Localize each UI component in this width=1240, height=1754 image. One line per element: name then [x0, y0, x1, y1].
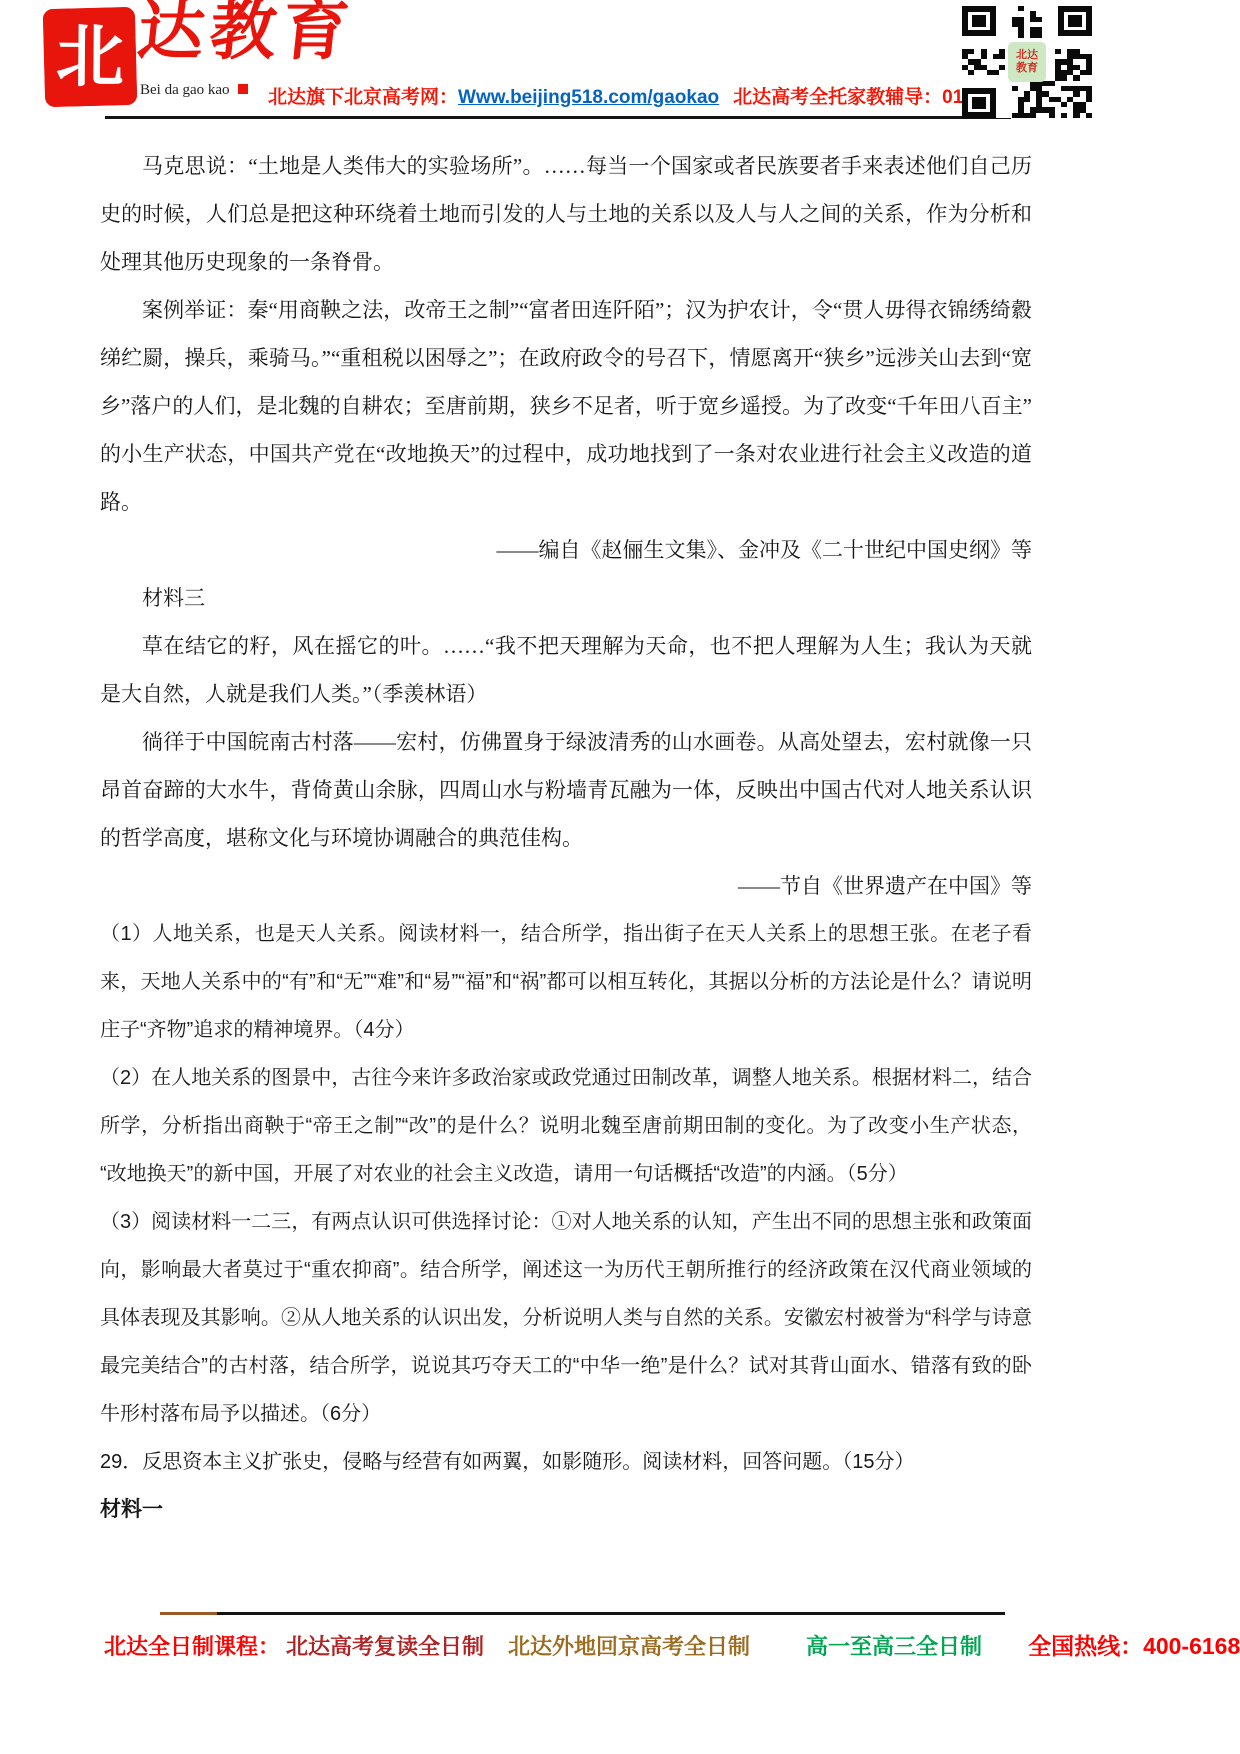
- para-ji-xianlin: 草在结它的籽，风在摇它的叶。……“我不把天理解为天命，也不把人理解为人生；我认为…: [100, 622, 1032, 718]
- document-body: 马克思说：“土地是人类伟大的实验场所”。……每当一个国家或者民族要者手来表述他们…: [100, 142, 1032, 1534]
- qr-finder-icon: [1058, 6, 1092, 36]
- para-hongcun: 徜徉于中国皖南古村落——宏村，仿佛置身于绿波清秀的山水画卷。从高处望去，宏村就像…: [100, 718, 1032, 862]
- heading-material-3: 材料三: [100, 574, 1032, 622]
- footer-divider: [160, 1612, 1005, 1615]
- question-1: （1）人地关系，也是天人关系。阅读材料一，结合所学，指出街子在天人关系上的思想王…: [100, 910, 1032, 1054]
- brand-seal-char: 北: [56, 23, 125, 92]
- attribution-source-1: ——编自《赵俪生文集》、金冲及《二十世纪中国史纲》等: [100, 526, 1032, 574]
- header-divider: [105, 116, 1011, 119]
- attribution-source-2: ——节自《世界遗产在中国》等: [100, 862, 1032, 910]
- para-marx: 马克思说：“土地是人类伟大的实验场所”。……每当一个国家或者民族要者手来表述他们…: [100, 142, 1032, 286]
- footer-segment: 北达全日制课程：: [104, 1630, 280, 1661]
- qr-finder-icon: [962, 88, 996, 118]
- tagline-prefix: 北达旗下北京高考网：: [268, 87, 458, 108]
- footer-segment: 北达外地回京高考全日制: [508, 1630, 750, 1661]
- footer-segment: 高一至高三全日制: [806, 1630, 982, 1661]
- qr-sticker-text: 教育: [1016, 62, 1038, 75]
- brand-pinyin: Bei da gao kao: [140, 82, 230, 98]
- footer-segment: 北达高考复读全日制: [286, 1630, 484, 1661]
- header-tagline: 北达旗下北京高考网：Www.beijing518.com/gaokao北达高考全…: [268, 82, 1065, 109]
- question-2: （2）在人地关系的图景中，古往今来许多政治家或政党通过田制改革，调整人地关系。根…: [100, 1054, 1032, 1198]
- footer-course-line: 北达全日制课程：北达高考复读全日制北达外地回京高考全日制高一至高三全日制全国热线…: [104, 1628, 1164, 1661]
- qr-sticker-text: 北达: [1016, 49, 1038, 62]
- document-page: 北 达教育 Bei da gao kao 北达旗下北京高考网：Www.beiji…: [0, 0, 1240, 1754]
- brand-seal-icon: 北: [43, 7, 138, 107]
- qr-code: 北达 教育: [962, 6, 1092, 118]
- tagline-mid: 北达高考全托家教辅导：: [733, 87, 942, 108]
- para-case-evidence: 案例举证：秦“用商鞅之法，改帝王之制”“富者田连阡陌”；汉为护农计，令“贯人毋得…: [100, 286, 1032, 526]
- brand-pinyin-row: Bei da gao kao: [140, 82, 248, 99]
- footer-segment: 全国热线：400-6168-182: [1028, 1628, 1240, 1661]
- heading-material-1: 材料一: [100, 1486, 1032, 1534]
- red-square-icon: [238, 84, 248, 94]
- brand-script-text: 达教育: [134, 0, 358, 69]
- site-link[interactable]: Www.beijing518.com/gaokao: [458, 87, 719, 108]
- qr-finder-icon: [962, 6, 996, 36]
- qr-center-sticker: 北达 教育: [1008, 42, 1046, 82]
- question-3: （3）阅读材料一二三，有两点认识可供选择讨论：①对人地关系的认知，产生出不同的思…: [100, 1198, 1032, 1438]
- question-29: 29．反思资本主义扩张史，侵略与经营有如两翼，如影随形。阅读材料，回答问题。（1…: [100, 1438, 1032, 1486]
